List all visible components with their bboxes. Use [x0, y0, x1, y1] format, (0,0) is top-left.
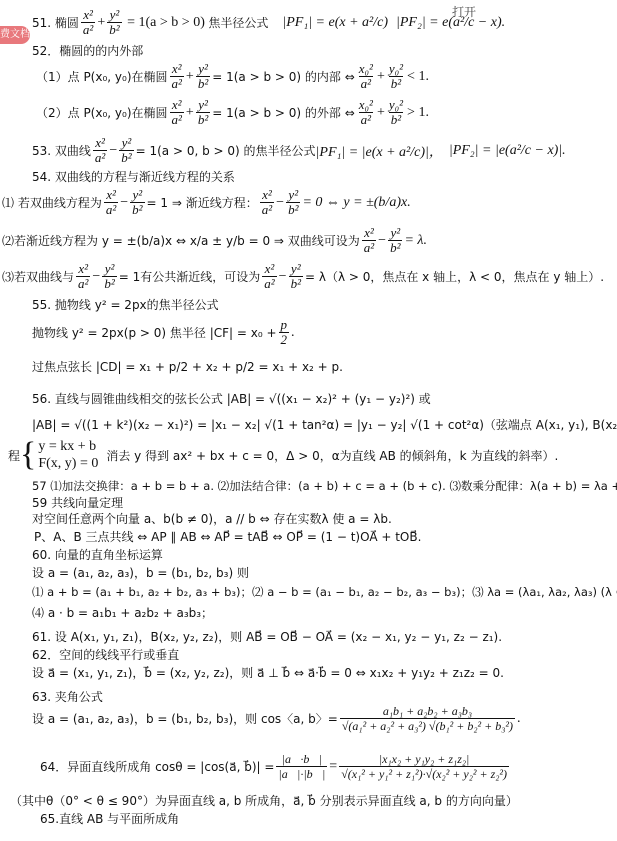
s53-f1: |PF₁| = |e(x + a²/c)|， — [316, 141, 443, 161]
s65: 65.直线 AB 与平面所成角 — [40, 810, 179, 827]
s55-l1-tail: . — [291, 325, 295, 341]
s60-l3: ⑷ a · b = a₁b₁ + a₂b₂ + a₃b₃； — [32, 604, 213, 621]
frac2-num: |x₁x₂ + y₁y₂ + z₁z₂| — [377, 752, 471, 766]
s52-p1-lead: （1）点 P(x₀, y₀)在椭圆 — [36, 68, 168, 85]
s56-l3-tail: 消去 y 得到 ax² + bx + c = 0，Δ > 0，α为直线 AB 的… — [106, 447, 558, 464]
s62-title: 62．空间的线线平行或垂直 — [32, 646, 179, 663]
fraction: y₀²b² — [387, 98, 405, 127]
fraction: x²a² — [260, 188, 274, 217]
s64-lead: 64．异面直线所成角 cosθ = |cos(a⃗, b⃗)| = — [40, 758, 274, 775]
s56-l2: |AB| = √((1 + k²)(x₂ − x₁)²) = |x₁ − x₂|… — [32, 416, 617, 433]
s63-den: √(a₁² + a₂² + a₃²) √(b₁² + b₂² + b₃²) — [340, 718, 515, 733]
s54-c2: ⑵若渐近线方程为 y = ±(b/a)x ⇔ x/a ± y/b = 0 ⇒ 双… — [2, 226, 427, 255]
frac1-num: |a⃗·b⃗| — [280, 752, 324, 766]
s59-l2: P、A、B 三点共线 ⇔ AP ∥ AB ⇔ AP⃗ = tAB⃗ ⇔ OP⃗ … — [34, 528, 421, 545]
s55-l1-lead: 抛物线 y² = 2px(p > 0) 焦半径 |CF| = x₀ + — [32, 324, 277, 341]
s54-title: 54. 双曲线的方程与渐近线方程的关系 — [32, 168, 235, 185]
fraction: y²b² — [289, 262, 303, 291]
fraction: y²b² — [196, 98, 210, 127]
frac2: |x₁x₂ + y₁y₂ + z₁z₂| √(x₁² + y₁² + z₁²)·… — [339, 752, 509, 781]
fraction: x²a² — [170, 98, 184, 127]
fraction: x²a² — [81, 8, 95, 37]
s55-l1: 抛物线 y² = 2px(p > 0) 焦半径 |CF| = x₀ + p2 . — [32, 318, 295, 347]
s55-title: 55. 抛物线 y² = 2px的焦半径公式 — [32, 296, 219, 313]
s54-c2-lead: ⑵若渐近线方程为 y = ±(b/a)x ⇔ x/a ± y/b = 0 ⇒ 双… — [2, 232, 360, 249]
s54-c3-lead: ⑶若双曲线与 — [2, 268, 74, 285]
s55-l2: 过焦点弦长 |CD| = x₁ + p/2 + x₂ + p/2 = x₁ + … — [32, 358, 343, 375]
s54-c1-mid: = 1 ⇒ 渐近线方程： — [147, 194, 258, 211]
s52-p1: （1）点 P(x₀, y₀)在椭圆 x²a²+ y²b² = 1(a > b >… — [36, 62, 429, 91]
s60-title: 60. 向量的直角坐标运算 — [32, 546, 163, 563]
s60-l1: 设 a = (a₁, a₂, a₃)，b = (b₁, b₂, b₃) 则 — [32, 564, 249, 581]
s56-l3-lead: 程 — [8, 447, 20, 464]
fraction: x₀²a² — [357, 98, 375, 127]
s52-p1-cond: = 1(a > b > 0) 的内部 ⇔ — [212, 68, 355, 85]
fraction: x²a² — [262, 262, 276, 291]
s63-formula: 设 a = (a₁, a₂, a₃)，b = (b₁, b₂, b₃)，则 co… — [32, 704, 521, 733]
s59-l1: 对空间任意两个向量 a、b(b ≠ 0)，a // b ⇔ 存在实数λ 使 a … — [32, 510, 392, 527]
section-51: 51. 椭圆 x²a² + y²b² = 1(a > b > 0) 焦半径公式 … — [32, 8, 505, 37]
s63-num: a₁b₁ + a₂b₂ + a₃b₃ — [381, 704, 474, 718]
cos-fraction: a₁b₁ + a₂b₂ + a₃b₃ √(a₁² + a₂² + a₃²) √(… — [340, 704, 515, 733]
s53-f2: |PF₂| = |e(a²/c − x)|. — [449, 143, 566, 159]
s64-formula: 64．异面直线所成角 cosθ = |cos(a⃗, b⃗)| = |a⃗·b⃗… — [40, 752, 511, 781]
s61: 61. 设 A(x₁, y₁, z₁)，B(x₂, y₂, z₂)，则 AB⃗ … — [32, 628, 502, 645]
s54-c1-lead: ⑴ 若双曲线方程为 — [2, 194, 102, 211]
s52-title: 52．椭圆的的内外部 — [32, 42, 143, 59]
s62-l1: 设 a⃗ = (x₁, y₁, z₁)，b⃗ = (x₂, y₂, z₂)，则 … — [32, 664, 504, 681]
s53-mid: = 1(a > 0, b > 0) 的焦半径公式 — [136, 142, 316, 159]
free-doc-badge[interactable]: 费文档 — [0, 26, 30, 44]
s54-c1-tail: = 0 ⇔ y = ±(b/a)x. — [302, 195, 410, 211]
fraction: x²a² — [104, 188, 118, 217]
s52-p2-cond: = 1(a > b > 0) 的外部 ⇔ — [212, 104, 355, 121]
s54-c3-mid: = 1有公共渐近线，可设为 — [119, 268, 261, 285]
s64-note: （其中θ（0° < θ ≤ 90°）为异面直线 a, b 所成角，a⃗, b⃗ … — [10, 792, 518, 809]
s53-lead: 53. 双曲线 — [32, 142, 91, 159]
fraction: y²b² — [102, 262, 116, 291]
s56-l1: 56. 直线与圆锥曲线相交的弦长公式 |AB| = √((x₁ − x₂)² +… — [32, 390, 431, 407]
fraction: x₀²a² — [357, 62, 375, 91]
frac2-den: √(x₁² + y₁² + z₁²)·√(x₂² + y₂² + z₂²) — [339, 766, 509, 781]
s54-c2-tail: = λ. — [404, 233, 427, 249]
fraction: y₀²b² — [387, 62, 405, 91]
s52-p2-lead: （2）点 P(x₀, y₀)在椭圆 — [36, 104, 168, 121]
fraction: y²b² — [286, 188, 300, 217]
equation-system: y = kx + b F(x, y) = 0 — [38, 438, 98, 472]
fraction: y²b² — [130, 188, 144, 217]
s51-label: 51. 椭圆 — [32, 14, 79, 31]
fraction: y²b² — [107, 8, 121, 37]
fraction: x²a² — [93, 136, 107, 165]
frac1: |a⃗·b⃗| |a⃗|·|b⃗| — [276, 752, 327, 781]
fraction: p2 — [279, 318, 290, 347]
s59-title: 59 共线向量定理 — [32, 494, 123, 511]
fraction: x²a² — [76, 262, 90, 291]
s52-p1-rel: < 1. — [407, 69, 429, 85]
s51-f1: |PF₁| = e(x + a²/c) — [282, 15, 388, 31]
fraction: y²b² — [196, 62, 210, 91]
s56-l3: 程 { y = kx + b F(x, y) = 0 消去 y 得到 ax² +… — [8, 438, 558, 472]
brace: { — [20, 438, 36, 472]
s63-lead: 设 a = (a₁, a₂, a₃)，b = (b₁, b₂, b₃)，则 co… — [32, 710, 338, 727]
sys-eq-2: F(x, y) = 0 — [38, 455, 98, 472]
fraction: x²a² — [170, 62, 184, 91]
s52-p2-rel: > 1. — [407, 105, 429, 121]
s54-c3-tail: = λ（λ > 0，焦点在 x 轴上，λ < 0，焦点在 y 轴上）. — [305, 268, 604, 285]
fraction: x²a² — [362, 226, 376, 255]
sys-eq-1: y = kx + b — [38, 438, 98, 455]
s52-p2: （2）点 P(x₀, y₀)在椭圆 x²a²+ y²b² = 1(a > b >… — [36, 98, 429, 127]
frac1-den: |a⃗|·|b⃗| — [276, 766, 327, 781]
s54-c1: ⑴ 若双曲线方程为 x²a²− y²b² = 1 ⇒ 渐近线方程： x²a²− … — [2, 188, 411, 217]
s51-tail: 焦半径公式 — [208, 14, 268, 31]
fraction: y²b² — [119, 136, 133, 165]
section-53: 53. 双曲线 x²a²− y²b² = 1(a > 0, b > 0) 的焦半… — [32, 136, 566, 165]
s54-c3: ⑶若双曲线与 x²a²− y²b² = 1有公共渐近线，可设为 x²a²− y²… — [2, 262, 604, 291]
fraction: y²b² — [388, 226, 402, 255]
s51-f2: |PF₂| = e(a²/c − x). — [396, 15, 505, 31]
s57: 57 ⑴加法交换律：a + b = b + a. ⑵加法结合律：(a + b) … — [32, 478, 617, 494]
s60-l2: ⑴ a + b = (a₁ + b₁, a₂ + b₂, a₃ + b₃)；⑵ … — [32, 584, 617, 600]
s63-title: 63. 夹角公式 — [32, 688, 103, 705]
